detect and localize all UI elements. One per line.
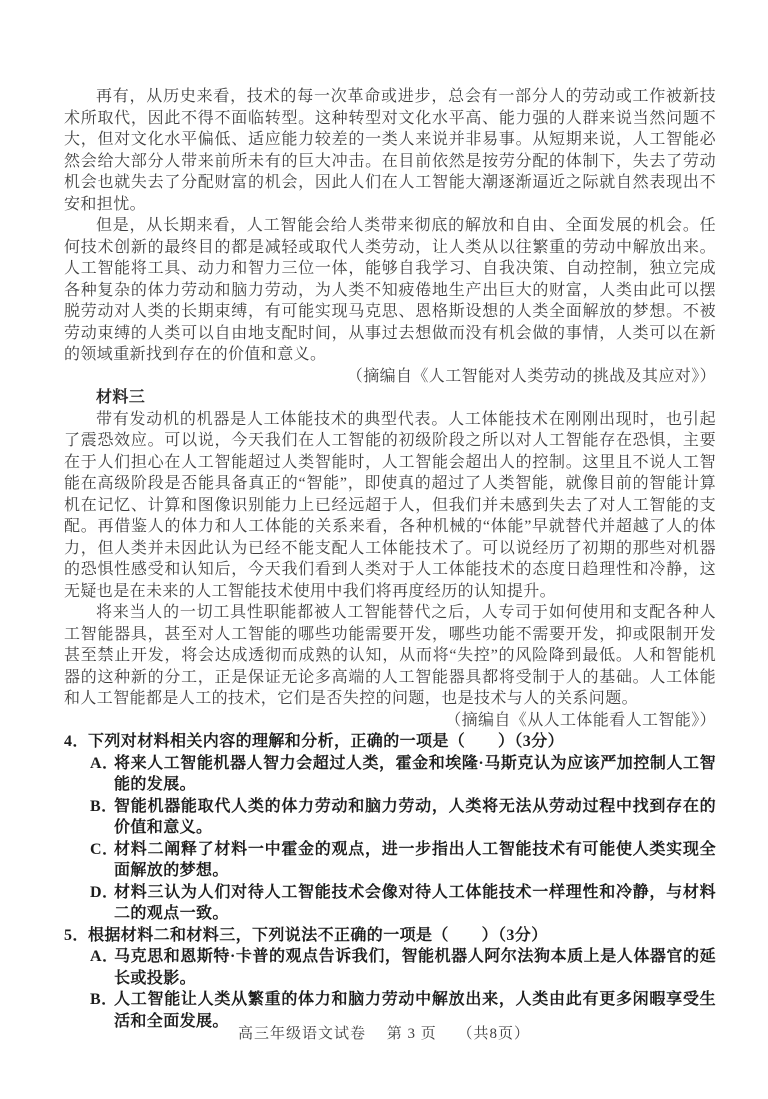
question-5-stem: 根据材料二和材料三，下列说法不正确的一项是（ ）（3分） (88, 925, 716, 947)
question-4-option-a: A． 将来人工智能机器人智力会超过人类，霍金和埃隆·马斯克认为应该严加控制人工智… (90, 753, 716, 796)
option-c-text: 材料二阐释了材料一中霍金的观点，进一步指出人工智能技术有可能使人类实现全面解放的… (114, 839, 716, 882)
question-4-body: 下列对材料相关内容的理解和分析，正确的一项是（ ）（3分） A． 将来人工智能机… (88, 731, 716, 925)
attribution-material-3: （摘编自《从人工体能看人工智能》） (64, 710, 716, 732)
question-4-option-d: D． 材料三认为人们对待人工智能技术会像对待人工体能技术一样理性和冷静，与材料二… (90, 882, 716, 925)
question-4-option-b: B． 智能机器能取代人类的体力劳动和脑力劳动，人类将无法从劳动过程中找到存在的价… (90, 796, 716, 839)
question-4: 4． 下列对材料相关内容的理解和分析，正确的一项是（ ）（3分） A． 将来人工… (64, 731, 716, 925)
passage-paragraph-2: 但是，从长期来看，人工智能会给人类带来彻底的解放和自由、全面发展的机会。任何技术… (64, 215, 716, 366)
question-4-option-c: C． 材料二阐释了材料一中霍金的观点，进一步指出人工智能技术有可能使人类实现全面… (90, 839, 716, 882)
material-3-paragraph-2: 将来当人的一切工具性职能都被人工智能替代之后，人专司于如何使用和支配各种人工智能… (64, 602, 716, 710)
passage-paragraph-1: 再有，从历史来看，技术的每一次革命或进步，总会有一部分人的劳动或工作被新技术所取… (64, 86, 716, 215)
option-a-text: 马克思和恩斯特·卡普的观点告诉我们，智能机器人阿尔法狗本质上是人体器官的延长或投… (114, 946, 716, 989)
attribution-material-2: （摘编自《人工智能对人类劳动的挑战及其应对》） (64, 366, 716, 388)
option-b-text: 智能机器能取代人类的体力劳动和脑力劳动，人类将无法从劳动过程中找到存在的价值和意… (114, 796, 716, 839)
option-a-text: 将来人工智能机器人智力会超过人类，霍金和埃隆·马斯克认为应该严加控制人工智能的发… (114, 753, 716, 796)
option-a-label: A． (90, 753, 114, 796)
footer-total-pages: （共8页） (458, 1026, 531, 1042)
question-5: 5． 根据材料二和材料三，下列说法不正确的一项是（ ）（3分） A． 马克思和恩… (64, 925, 716, 1033)
option-c-label: C． (90, 839, 114, 882)
question-5-option-a: A． 马克思和恩斯特·卡普的观点告诉我们，智能机器人阿尔法狗本质上是人体器官的延… (90, 946, 716, 989)
page-footer: 高三年级语文试卷 第 3 页 （共8页） (0, 1022, 768, 1043)
material-3-heading: 材料三 (64, 387, 716, 409)
exam-page: 再有，从历史来看，技术的每一次革命或进步，总会有一部分人的劳动或工作被新技术所取… (0, 0, 768, 1099)
footer-exam-title: 高三年级语文试卷 (238, 1026, 366, 1042)
question-5-body: 根据材料二和材料三，下列说法不正确的一项是（ ）（3分） A． 马克思和恩斯特·… (88, 925, 716, 1033)
footer-page-number: 第 3 页 (387, 1026, 437, 1042)
question-4-stem: 下列对材料相关内容的理解和分析，正确的一项是（ ）（3分） (88, 731, 716, 753)
material-3-paragraph-1: 带有发动机的机器是人工体能技术的典型代表。人工体能技术在刚刚出现时，也引起了震恐… (64, 409, 716, 603)
option-b-label: B． (90, 796, 114, 839)
option-d-label: D． (90, 882, 114, 925)
option-d-text: 材料三认为人们对待人工智能技术会像对待人工体能技术一样理性和冷静，与材料二的观点… (114, 882, 716, 925)
question-5-number: 5． (64, 925, 88, 1033)
question-4-number: 4． (64, 731, 88, 925)
option-a-label: A． (90, 946, 114, 989)
page-content: 再有，从历史来看，技术的每一次革命或进步，总会有一部分人的劳动或工作被新技术所取… (64, 86, 716, 1032)
